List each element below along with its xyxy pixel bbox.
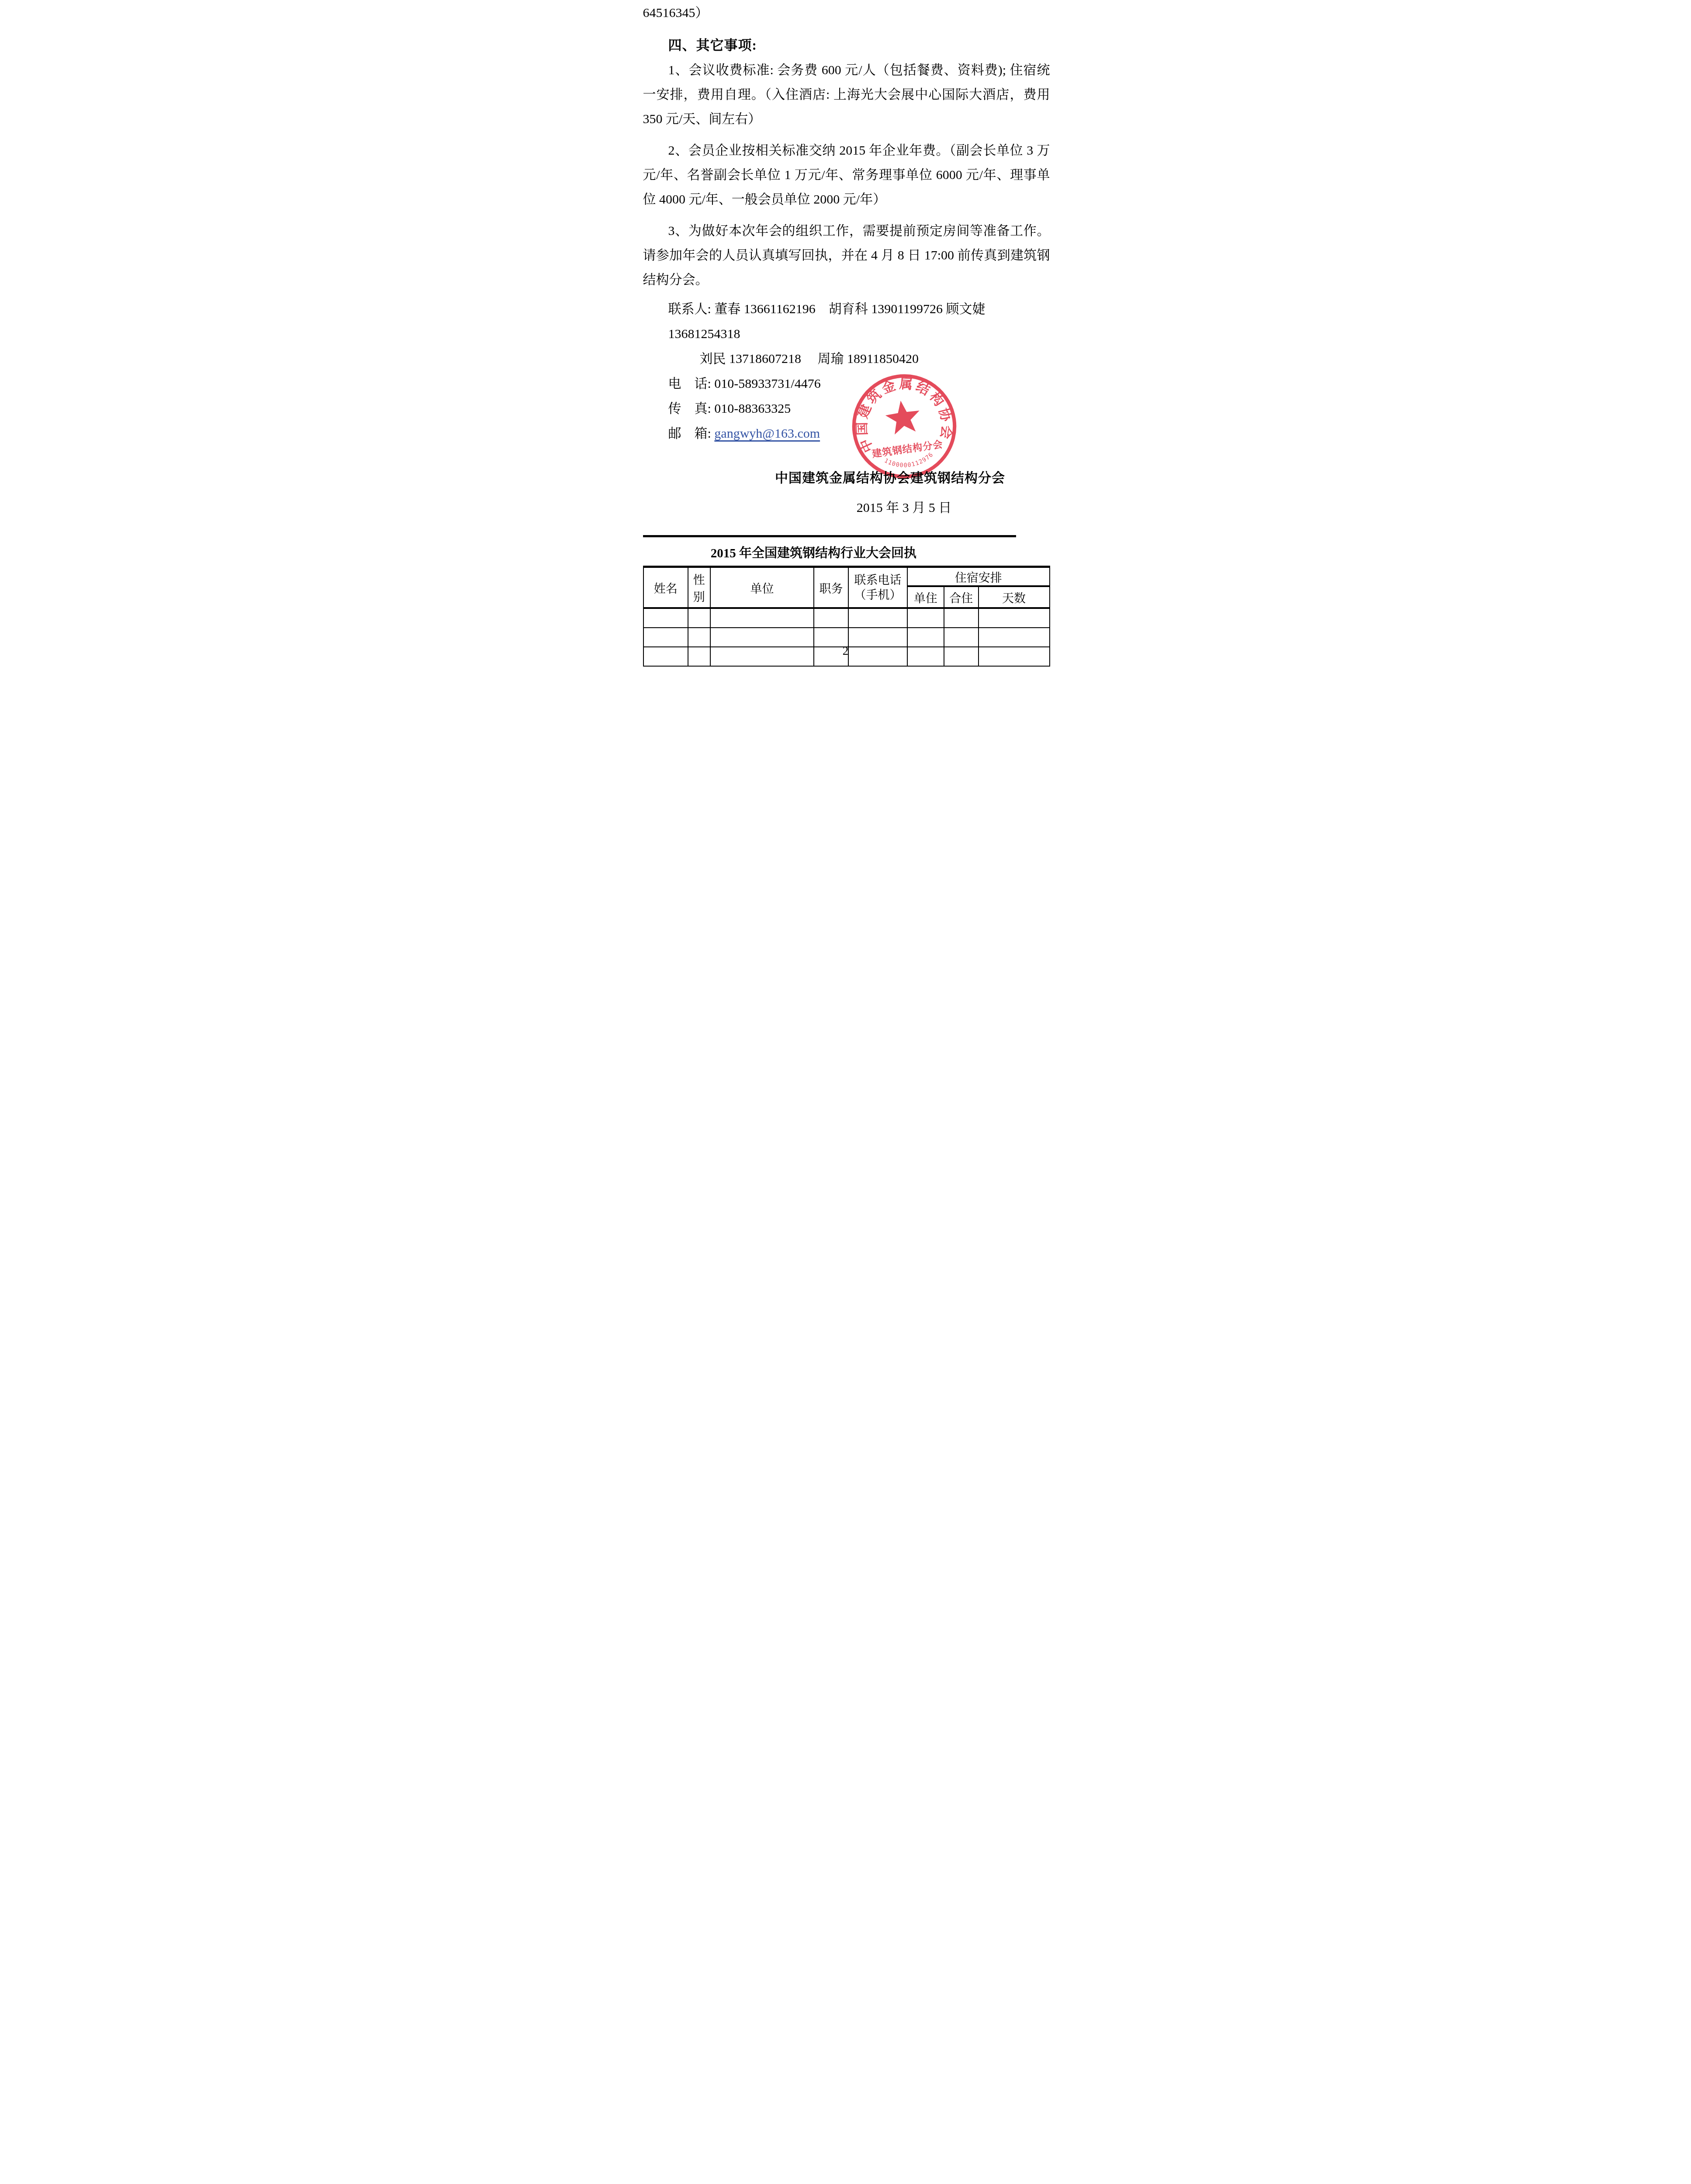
section-divider	[643, 535, 1016, 537]
phone-line: 电 话: 010-58933731/4476	[643, 371, 1050, 396]
email-line: 邮 箱: gangwyh@163.com	[643, 421, 1050, 446]
section-heading: 四、其它事项:	[643, 34, 1050, 54]
receipt-title: 2015 年全国建筑钢结构行业大会回执	[643, 543, 1050, 561]
paragraph-fee-standard: 1、会议收费标准: 会务费 600 元/人（包括餐费、资料费); 住宿统一安排，…	[643, 58, 1050, 131]
table-row	[643, 608, 1050, 628]
col-header-phone-line2: （手机）	[850, 587, 906, 602]
col-header-name: 姓名	[643, 567, 688, 608]
email-label: 邮 箱:	[668, 426, 715, 441]
empty-cell	[688, 608, 710, 628]
top-note: 64516345）	[643, 4, 1050, 22]
document-page: 64516345） 四、其它事项: 1、会议收费标准: 会务费 600 元/人（…	[634, 0, 1057, 667]
col-header-lodging: 住宿安排	[907, 567, 1050, 587]
empty-cell	[979, 608, 1050, 628]
col-header-gender: 性别	[688, 567, 710, 608]
col-header-phone-line1: 联系电话	[850, 573, 906, 587]
fax-line: 传 真: 010-88363325	[643, 396, 1050, 421]
empty-cell	[944, 608, 979, 628]
page-number: 2	[634, 644, 1057, 658]
col-header-phone: 联系电话（手机）	[848, 567, 907, 608]
document-content: 64516345） 四、其它事项: 1、会议收费标准: 会务费 600 元/人（…	[634, 0, 1057, 667]
col-header-organization: 单位	[710, 567, 814, 608]
contact-persons-line1: 联系人: 董春 13661162196 胡育科 13901199726 顾文婕 …	[643, 297, 1050, 346]
contact-persons-line2: 刘民 13718607218 周瑜 18911850420	[643, 346, 1050, 371]
paragraph-membership-dues: 2、会员企业按相关标准交纳 2015 年企业年费。（副会长单位 3 万元/年、名…	[643, 138, 1050, 212]
contact-block: 联系人: 董春 13661162196 胡育科 13901199726 顾文婕 …	[643, 297, 1050, 446]
empty-cell	[814, 608, 848, 628]
empty-cell	[643, 608, 688, 628]
empty-cell	[907, 608, 944, 628]
col-header-shared: 合住	[944, 586, 979, 608]
empty-cell	[848, 608, 907, 628]
paragraph-reply-instruction: 3、为做好本次年会的组织工作，需要提前预定房间等准备工作。请参加年会的人员认真填…	[643, 219, 1050, 292]
col-header-title: 职务	[814, 567, 848, 608]
signature-organization: 中国建筑金属结构协会建筑钢结构分会	[768, 467, 1013, 486]
col-header-single: 单住	[907, 586, 944, 608]
signature-block: 中国建筑金属结构协会建筑钢结构分会 2015 年 3 月 5 日	[768, 467, 1013, 516]
col-header-days: 天数	[979, 586, 1050, 608]
empty-cell	[710, 608, 814, 628]
email-link[interactable]: gangwyh@163.com	[714, 426, 820, 441]
signature-date: 2015 年 3 月 5 日	[768, 497, 1013, 516]
